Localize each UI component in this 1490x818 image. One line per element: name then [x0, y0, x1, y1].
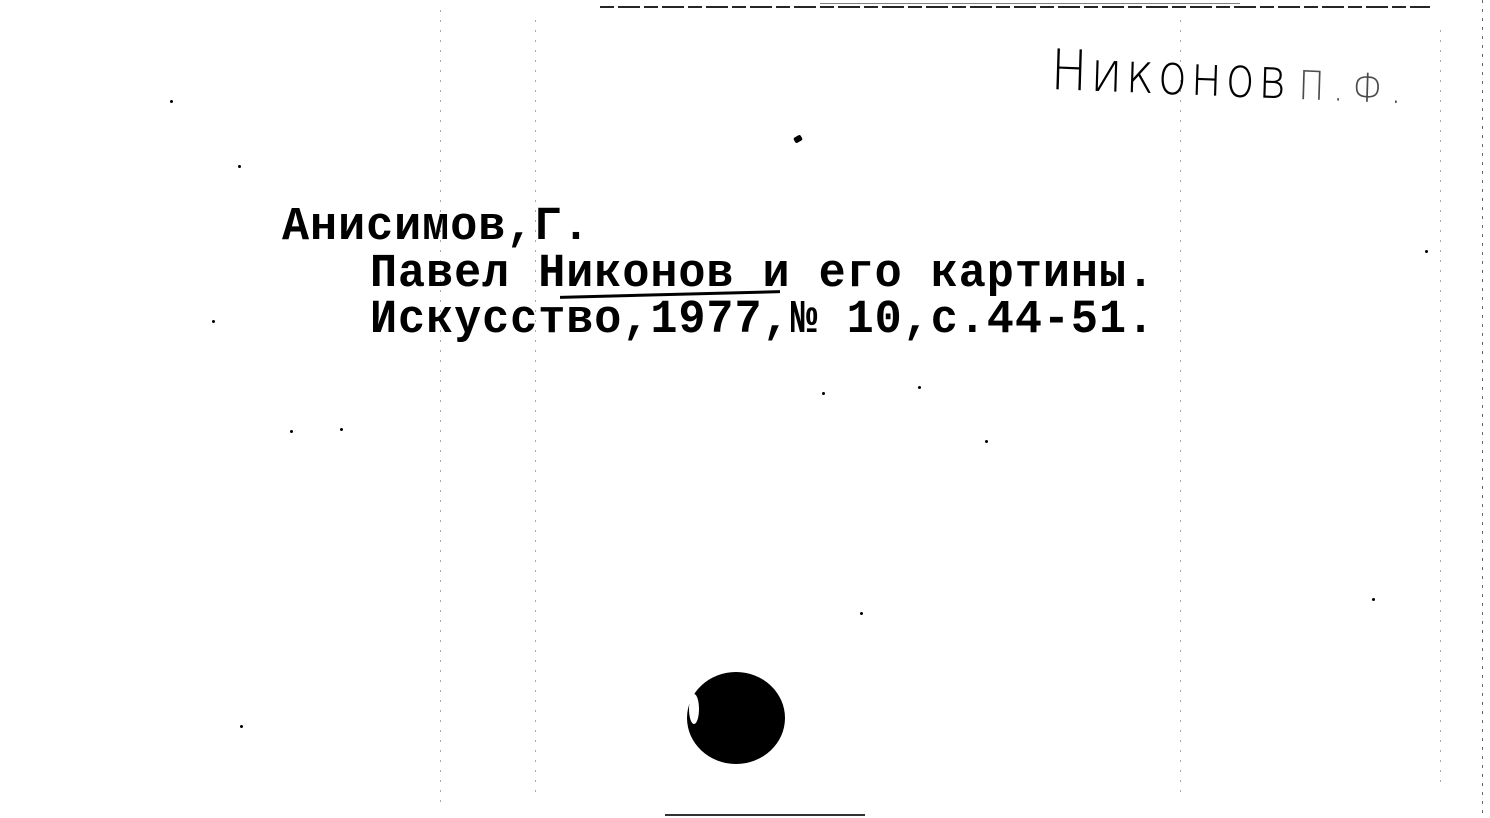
speck — [860, 612, 863, 615]
heading-initials: П.Ф. — [1298, 63, 1411, 114]
handwritten-heading: НиконовП.Ф. — [1050, 38, 1411, 118]
speck — [918, 386, 921, 389]
speck — [290, 430, 293, 433]
speck — [170, 100, 173, 103]
scan-artifact-line — [1180, 20, 1181, 800]
author-line: Анисимов,Г. — [282, 205, 590, 251]
scan-artifact-line — [440, 10, 441, 810]
heading-surname: Никонов — [1050, 38, 1291, 113]
speck — [340, 428, 343, 431]
card-top-edge-secondary — [820, 3, 1240, 4]
speck — [240, 725, 243, 728]
punch-hole — [687, 672, 785, 764]
card-top-edge — [600, 6, 1430, 8]
speck — [1425, 250, 1428, 253]
source-line: Искусство,1977,№ 10,с.44-51. — [370, 298, 1155, 344]
speck — [822, 392, 825, 395]
speck — [238, 165, 241, 168]
scan-artifact-line — [1440, 30, 1441, 790]
ink-mark — [793, 134, 803, 143]
scan-artifact-line — [535, 20, 536, 800]
card-right-edge — [1482, 0, 1483, 818]
speck — [985, 440, 988, 443]
catalog-card: НиконовП.Ф. Анисимов,Г. Павел Никонов и … — [0, 0, 1490, 818]
card-bottom-edge — [665, 814, 865, 816]
speck — [1372, 598, 1375, 601]
speck — [212, 320, 215, 323]
